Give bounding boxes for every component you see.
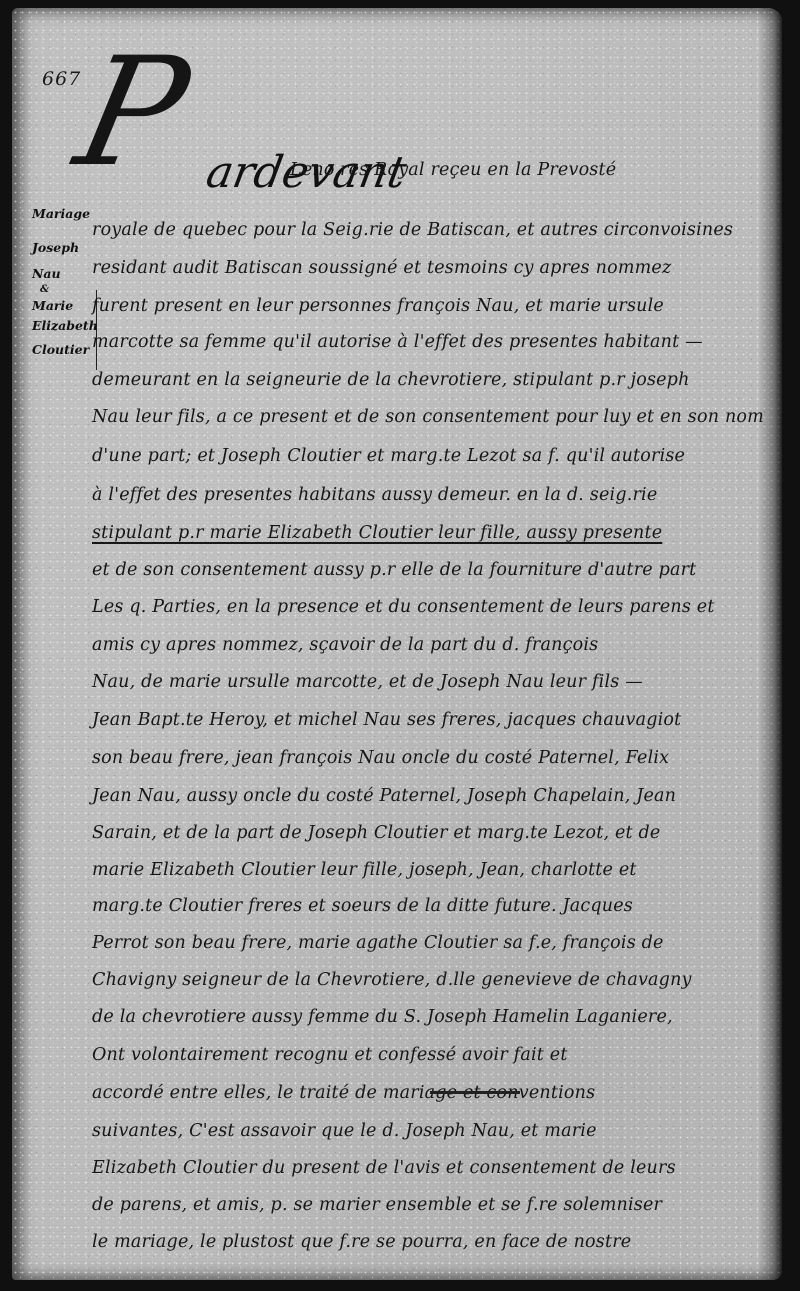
margin-note-line: Elizabeth (32, 316, 94, 336)
text-line: Jean Bapt.te Heroy, et michel Nau ses fr… (92, 710, 681, 730)
decorative-initial: P (66, 38, 199, 188)
text-line: Nau, de marie ursulle marcotte, et de Jo… (92, 672, 643, 692)
margin-note-line: & (40, 284, 94, 296)
strike-underline (430, 1091, 520, 1094)
margin-note-line: Mariage (32, 204, 94, 224)
margin-note-line: Nau (32, 264, 94, 284)
text-line: Ont volontairement recognu et confessé a… (92, 1045, 568, 1065)
text-line: Les q. Parties, en la presence et du con… (92, 597, 715, 617)
text-line: marie Elizabeth Cloutier leur fille, jos… (92, 860, 637, 880)
text-line: Perrot son beau frere, marie agathe Clou… (92, 933, 664, 953)
text-line: demeurant en la seigneurie de la chevrot… (92, 370, 690, 390)
text-line: furent present en leur personnes françoi… (92, 296, 664, 316)
text-line: Leno.res Royal reçeu en la Prevosté (290, 160, 616, 180)
text-line: Elizabeth Cloutier du present de l'avis … (92, 1158, 676, 1178)
page-edge-shadow (758, 8, 782, 1280)
text-line: et de son consentement aussy p.r elle de… (92, 560, 696, 580)
text-line: son beau frere, jean françois Nau oncle … (92, 748, 669, 768)
text-line: stipulant p.r marie Elizabeth Cloutier l… (92, 523, 662, 543)
text-line: d'une part; et Joseph Cloutier et marg.t… (92, 446, 685, 466)
manuscript-page: 667 P ardevant Mariage Joseph Nau & Mari… (12, 8, 782, 1280)
text-line: Jean Nau, aussy oncle du costé Paternel,… (92, 786, 676, 806)
text-line: suivantes, C'est assavoir que le d. Jose… (92, 1121, 597, 1141)
text-line: le mariage, le plustost que f.re se pour… (92, 1232, 631, 1252)
text-line: Chavigny seigneur de la Chevrotiere, d.l… (92, 970, 692, 990)
text-line: amis cy apres nommez, sçavoir de la part… (92, 635, 598, 655)
text-line: à l'effet des presentes habitans aussy d… (92, 485, 657, 505)
text-line: de parens, et amis, p. se marier ensembl… (92, 1195, 662, 1215)
text-line: Sarain, et de la part de Joseph Cloutier… (92, 823, 661, 843)
text-line: de la chevrotiere aussy femme du S. Jose… (92, 1007, 673, 1027)
text-line: marcotte sa femme qu'il autorise à l'eff… (92, 332, 703, 352)
margin-note-line: Marie (32, 296, 94, 316)
text-line: Nau leur fils, a ce present et de son co… (92, 407, 764, 427)
margin-note-line: Joseph (32, 238, 94, 258)
text-line: royale de quebec pour la Seig.rie de Bat… (92, 220, 733, 240)
scan-border: 667 P ardevant Mariage Joseph Nau & Mari… (0, 0, 800, 1291)
margin-annotation: Mariage Joseph Nau & Marie Elizabeth Clo… (32, 204, 94, 360)
text-line: residant audit Batiscan soussigné et tes… (92, 258, 671, 278)
folio-number: 667 (42, 68, 81, 90)
margin-note-line: Cloutier (32, 340, 94, 360)
text-line: marg.te Cloutier freres et soeurs de la … (92, 896, 633, 916)
